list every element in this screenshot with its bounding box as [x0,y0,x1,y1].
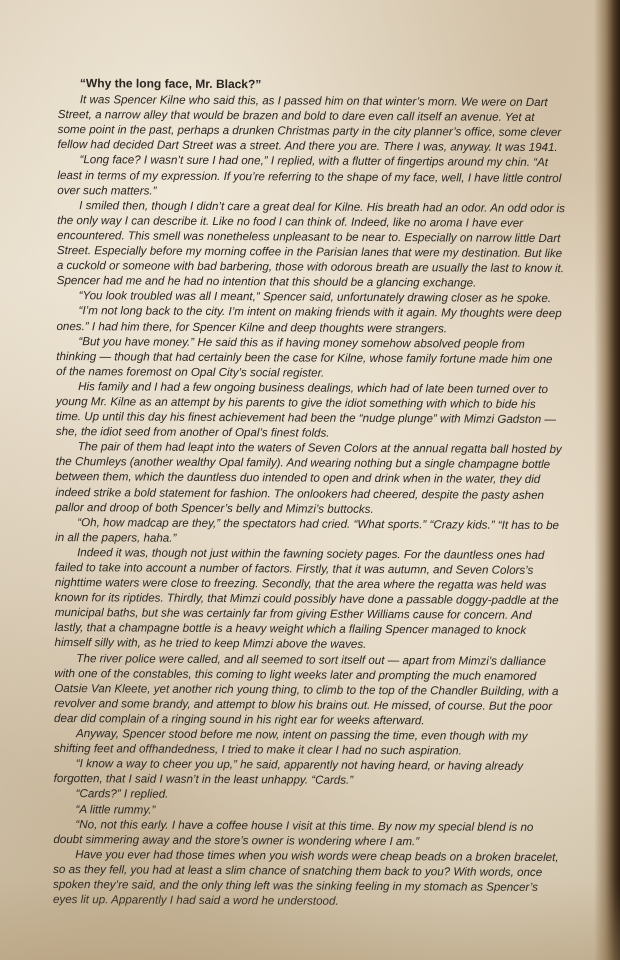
page-text: “Why the long face, Mr. Black?” It was S… [53,76,566,910]
paragraph: His family and I had a few ongoing busin… [56,379,564,442]
paragraph: I smiled then, though I didn’t care a gr… [57,198,566,292]
paragraph: “Oh, how madcap are they,” the spectator… [55,515,563,548]
paragraph: The pair of them had leapt into the wate… [55,439,563,518]
paragraph: “Long face? I wasn’t sure I had one,” I … [57,152,565,200]
paragraph: “But you have money.” He said this as if… [56,334,564,382]
paragraph: The river police were called, and all se… [54,651,562,730]
book-spine-shadow [594,0,620,960]
paragraph: “No, not this early. I have a coffee hou… [53,817,561,850]
opening-line: “Why the long face, Mr. Black?” [58,76,566,94]
page-bottom-shade [0,880,620,960]
paragraph: Indeed it was, though not just within th… [54,545,563,654]
paragraph: Anyway, Spencer stood before me now, int… [54,726,562,759]
book-page: “Why the long face, Mr. Black?” It was S… [0,0,620,960]
paragraph: “I know a way to cheer you up,” he said,… [54,756,562,789]
paragraph: It was Spencer Kilne who said this, as I… [58,92,566,155]
paragraph: “I’m not long back to the city. I’m inte… [56,303,564,336]
